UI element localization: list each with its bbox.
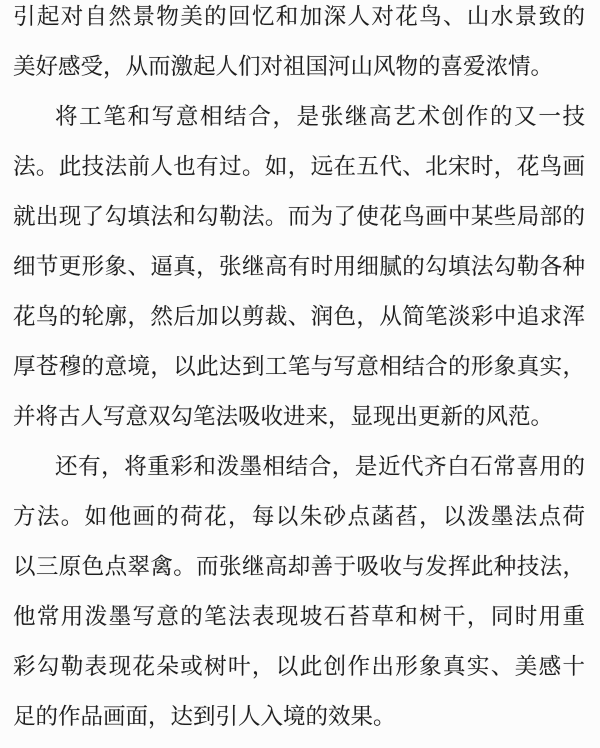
paragraph: 引起对自然景物美的回忆和加深人对花鸟、山水景致的 美好感受，从而激起人们对祖国河… — [13, 0, 600, 92]
text-line: 花鸟的轮廓，然后加以剪裁、润色，从简笔淡彩中追求浑 — [13, 292, 585, 342]
text-line: 美好感受，从而激起人们对祖国河山风物的喜爱浓情。 — [13, 42, 585, 92]
text-line: 足的作品画面，达到引人入境的效果。 — [13, 692, 585, 742]
text-line: 法。此技法前人也有过。如，远在五代、北宋时，花鸟画 — [13, 142, 585, 192]
text-line: 方法。如他画的荷花，每以朱砂点菡萏，以泼墨法点荷叶， — [13, 492, 585, 542]
paragraph: 还有，将重彩和泼墨相结合，是近代齐白石常喜用的 方法。如他画的荷花，每以朱砂点菡… — [13, 442, 600, 742]
text-line: 他常用泼墨写意的笔法表现坡石苔草和树干，同时用重 — [13, 592, 585, 642]
text-line: 将工笔和写意相结合，是张继高艺术创作的又一技 — [13, 92, 585, 142]
text-line: 以三原色点翠禽。而张继高却善于吸收与发挥此种技法， — [13, 542, 585, 592]
text-line: 并将古人写意双勾笔法吸收进来，显现出更新的风范。 — [13, 392, 585, 442]
text-line: 就出现了勾填法和勾勒法。而为了使花鸟画中某些局部的 — [13, 192, 585, 242]
text-line: 还有，将重彩和泼墨相结合，是近代齐白石常喜用的 — [13, 442, 585, 492]
document-page: 引起对自然景物美的回忆和加深人对花鸟、山水景致的 美好感受，从而激起人们对祖国河… — [0, 0, 600, 742]
paragraph: 将工笔和写意相结合，是张继高艺术创作的又一技 法。此技法前人也有过。如，远在五代… — [13, 92, 600, 442]
text-line: 彩勾勒表现花朵或树叶，以此创作出形象真实、美感十 — [13, 642, 585, 692]
text-line: 引起对自然景物美的回忆和加深人对花鸟、山水景致的 — [13, 0, 585, 42]
text-line: 细节更形象、逼真，张继高有时用细腻的勾填法勾勒各种 — [13, 242, 585, 292]
text-line: 厚苍穆的意境，以此达到工笔与写意相结合的形象真实， — [13, 342, 585, 392]
